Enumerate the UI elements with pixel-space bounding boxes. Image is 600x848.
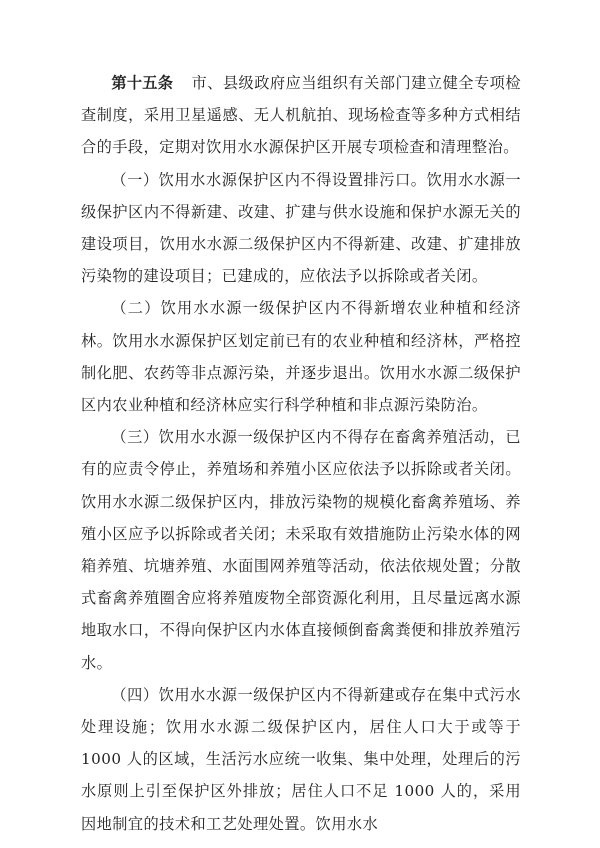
article-15-intro: 第十五条市、县级政府应当组织有关部门建立健全专项检查制度，采用卫星遥感、无人机航…: [81, 67, 521, 164]
document-page: 第十五条市、县级政府应当组织有关部门建立健全专项检查制度，采用卫星遥感、无人机航…: [81, 67, 521, 840]
clause-3: （三）饮用水水源一级保护区内不得存在畜禽养殖活动，已有的应责令停止，养殖场和养殖…: [81, 421, 521, 679]
article-number: 第十五条: [111, 74, 173, 92]
clause-4: （四）饮用水水源一级保护区内不得新建或存在集中式污水处理设施；饮用水水源二级保护…: [81, 679, 521, 840]
clause-2: （二）饮用水水源一级保护区内不得新增农业种植和经济林。饮用水水源保护区划定前已有…: [81, 292, 521, 421]
clause-1: （一）饮用水水源保护区内不得设置排污口。饮用水水源一级保护区内不得新建、改建、扩…: [81, 164, 521, 293]
